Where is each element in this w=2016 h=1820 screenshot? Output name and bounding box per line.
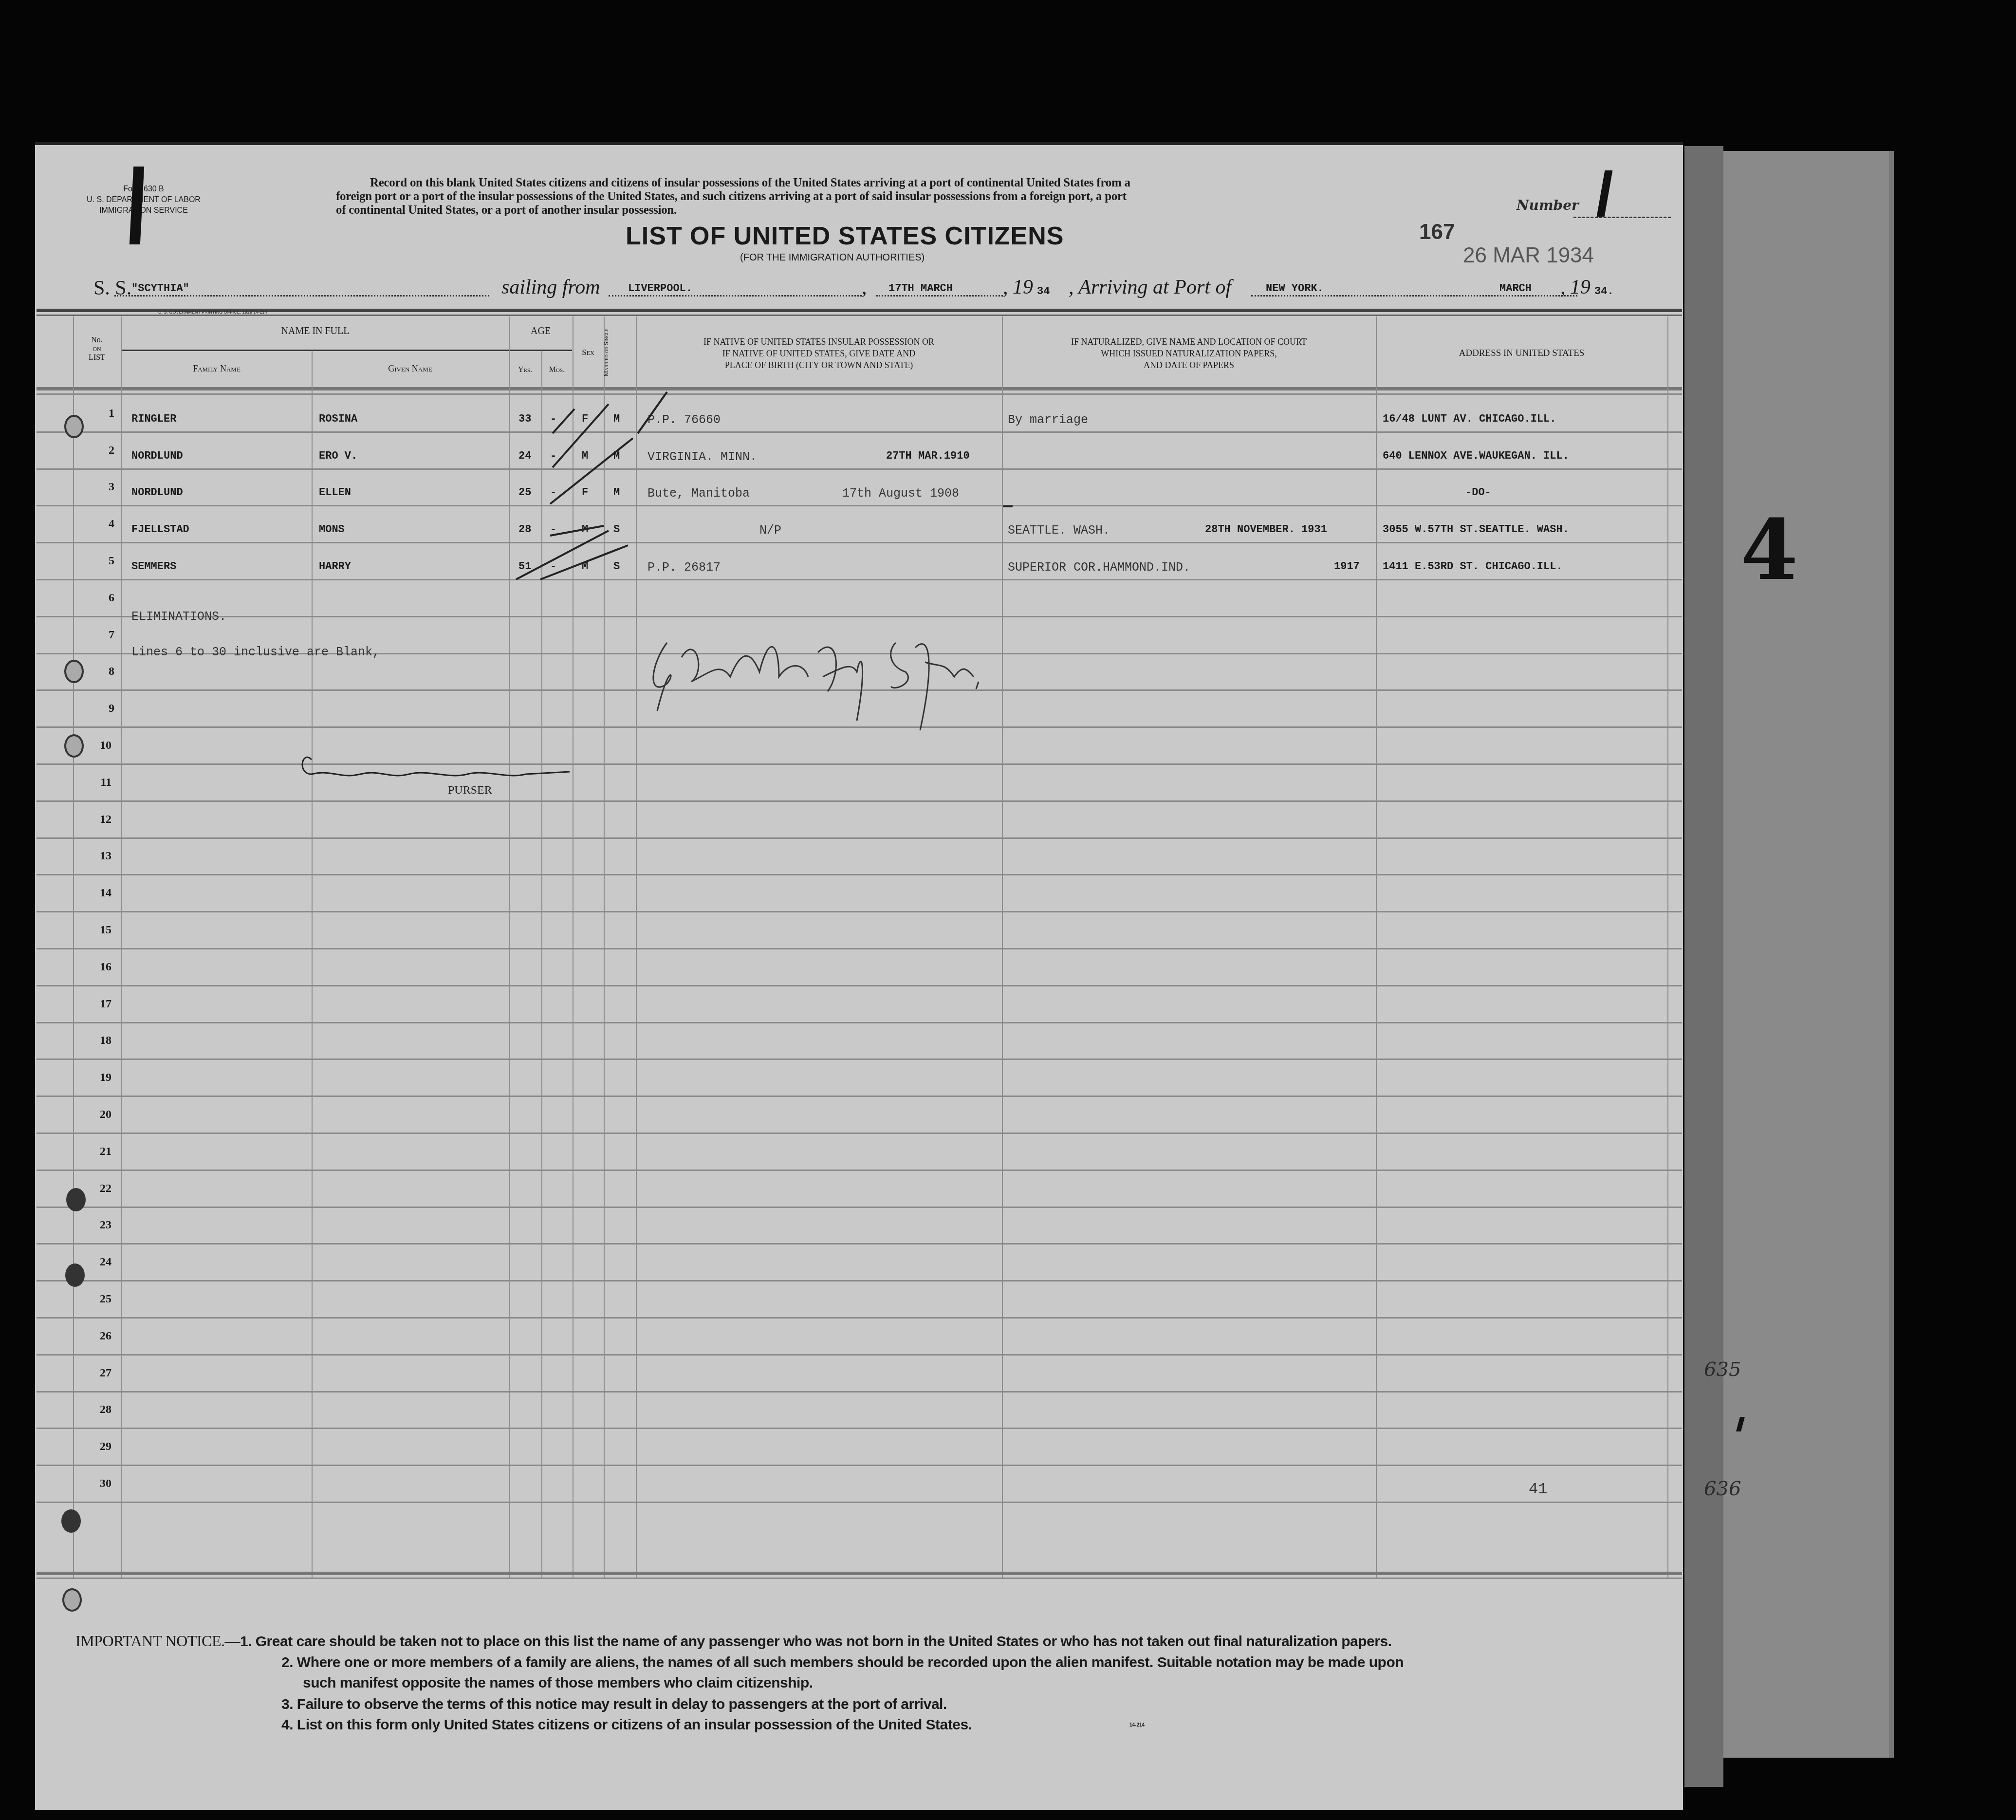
notice-item-3: 3. Failure to observe the terms of this … [281, 1696, 947, 1713]
flap-note-3: 636 [1704, 1478, 1741, 1500]
punch-hole [64, 415, 84, 438]
notice-line-1: IMPORTANT NOTICE.—1. Great care should b… [75, 1632, 1391, 1650]
table-bottom-border [37, 1572, 1682, 1575]
page-count: 41 [1529, 1480, 1547, 1498]
punch-hole [65, 1263, 85, 1287]
check-marks [0, 0, 2016, 1820]
flap-mark: 4 [1740, 501, 1798, 599]
notice-item-4: 4. List on this form only United States … [281, 1717, 972, 1733]
punch-hole [64, 734, 84, 758]
notice-item-2b: such manifest opposite the names of thos… [303, 1675, 813, 1691]
punch-hole [61, 1509, 81, 1533]
purser-label: PURSER [448, 784, 492, 797]
notice-item-2: 2. Where one or more members of a family… [281, 1654, 1404, 1671]
eliminations-note: ELIMINATIONS. [131, 610, 226, 624]
notice-item-1: 1. Great care should be taken not to pla… [240, 1634, 1392, 1650]
table-bottom-border-2 [37, 1578, 1682, 1579]
form-code: 14-214 [1129, 1723, 1145, 1728]
notice-label: IMPORTANT NOTICE.— [75, 1632, 240, 1650]
blank-lines-note: Lines 6 to 30 inclusive are Blank, [131, 645, 380, 659]
inspector-signature [653, 643, 979, 730]
punch-hole [66, 1188, 86, 1211]
flap-note-1: 635 [1704, 1358, 1741, 1381]
punch-hole [62, 1588, 82, 1612]
purser-signature [302, 757, 570, 776]
punch-hole [64, 660, 84, 683]
